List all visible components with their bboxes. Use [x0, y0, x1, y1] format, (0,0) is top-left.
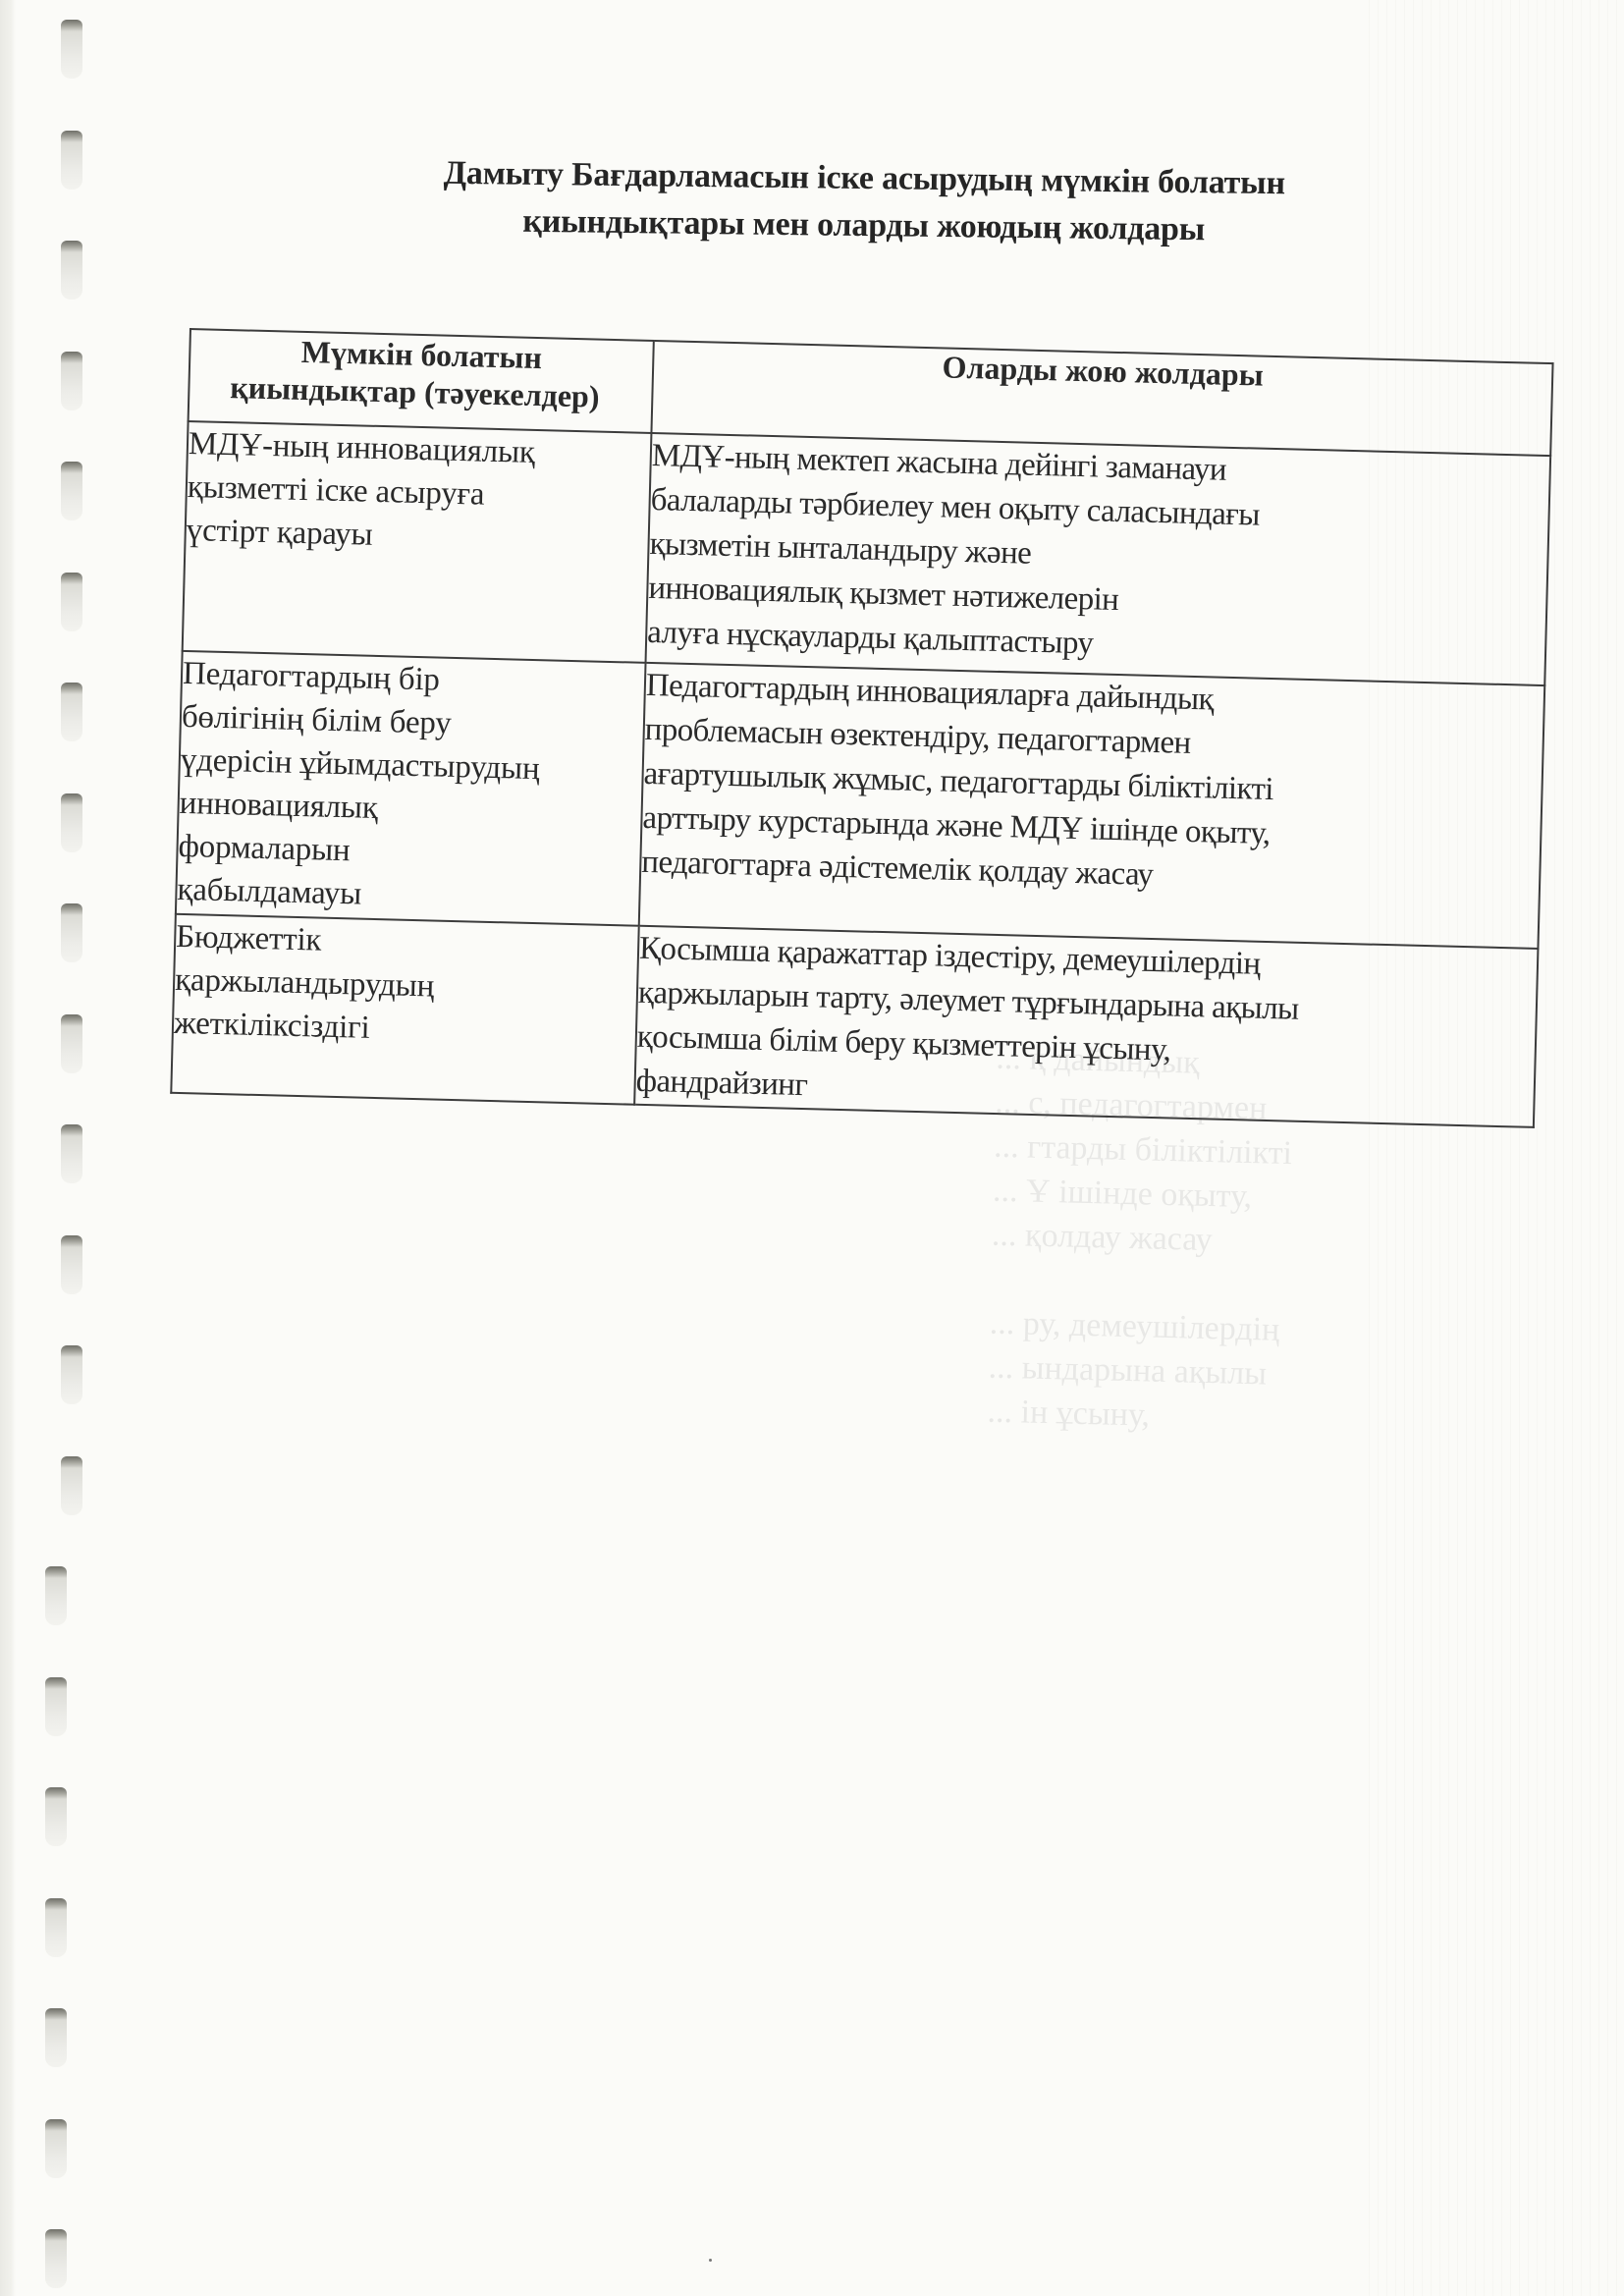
- binder-hole-icon: [61, 683, 82, 741]
- binder-hole-icon: [45, 2119, 67, 2178]
- binder-hole-icon: [61, 131, 82, 190]
- binder-hole-icon: [61, 462, 82, 520]
- table-row: БюджеттікқаржыландырудыңжеткіліксіздігіҚ…: [171, 914, 1538, 1127]
- page-title: Дамыту Бағдарламасын іске асырудың мүмкі…: [323, 148, 1404, 255]
- binder-hole-icon: [61, 1345, 82, 1404]
- binder-hole-icon: [61, 20, 82, 79]
- solution-cell: Педагогтардың инновацияларға дайындықпро…: [639, 663, 1544, 949]
- binder-hole-icon: [61, 1235, 82, 1294]
- solution-cell: Қосымша қаражаттар іздестіру, демеушілер…: [634, 926, 1538, 1127]
- binder-hole-icon: [61, 1456, 82, 1515]
- risk-cell: МДҰ-ның инновациялыққызметті іске асыруғ…: [183, 421, 652, 663]
- binder-hole-icon: [45, 2229, 67, 2288]
- binder-hole-icon: [61, 241, 82, 300]
- risk-table: Мүмкін болатын қиындықтар (тәуекелдер) О…: [170, 328, 1553, 1128]
- risk-table-container: Мүмкін болатын қиындықтар (тәуекелдер) О…: [170, 328, 1551, 1128]
- risk-cell: Бюджеттікқаржыландырудыңжеткіліксіздігі: [171, 914, 638, 1105]
- binder-hole-icon: [45, 1566, 67, 1625]
- table-row: Педагогтардың бірбөлігінің білім беруүде…: [176, 651, 1544, 949]
- binder-hole-icon: [45, 1898, 67, 1957]
- risk-cell: Педагогтардың бірбөлігінің білім беруүде…: [176, 651, 646, 926]
- scan-speck: [709, 2259, 712, 2262]
- binder-hole-icon: [61, 1124, 82, 1183]
- scan-edge-shadow: [0, 0, 16, 2296]
- binder-hole-icon: [45, 1787, 67, 1846]
- binder-hole-icon: [45, 1677, 67, 1736]
- binder-hole-icon: [61, 1014, 82, 1073]
- binder-hole-icon: [61, 352, 82, 410]
- table-row: МДҰ-ның инновациялыққызметті іске асыруғ…: [183, 421, 1550, 685]
- binder-hole-icon: [61, 793, 82, 852]
- solution-cell: МДҰ-ның мектеп жасына дейінгі заманауиба…: [646, 433, 1551, 685]
- binder-hole-icon: [45, 2008, 67, 2067]
- binder-hole-icon: [61, 903, 82, 962]
- header-risks: Мүмкін болатын қиындықтар (тәуекелдер): [189, 329, 654, 433]
- binder-hole-icon: [61, 573, 82, 631]
